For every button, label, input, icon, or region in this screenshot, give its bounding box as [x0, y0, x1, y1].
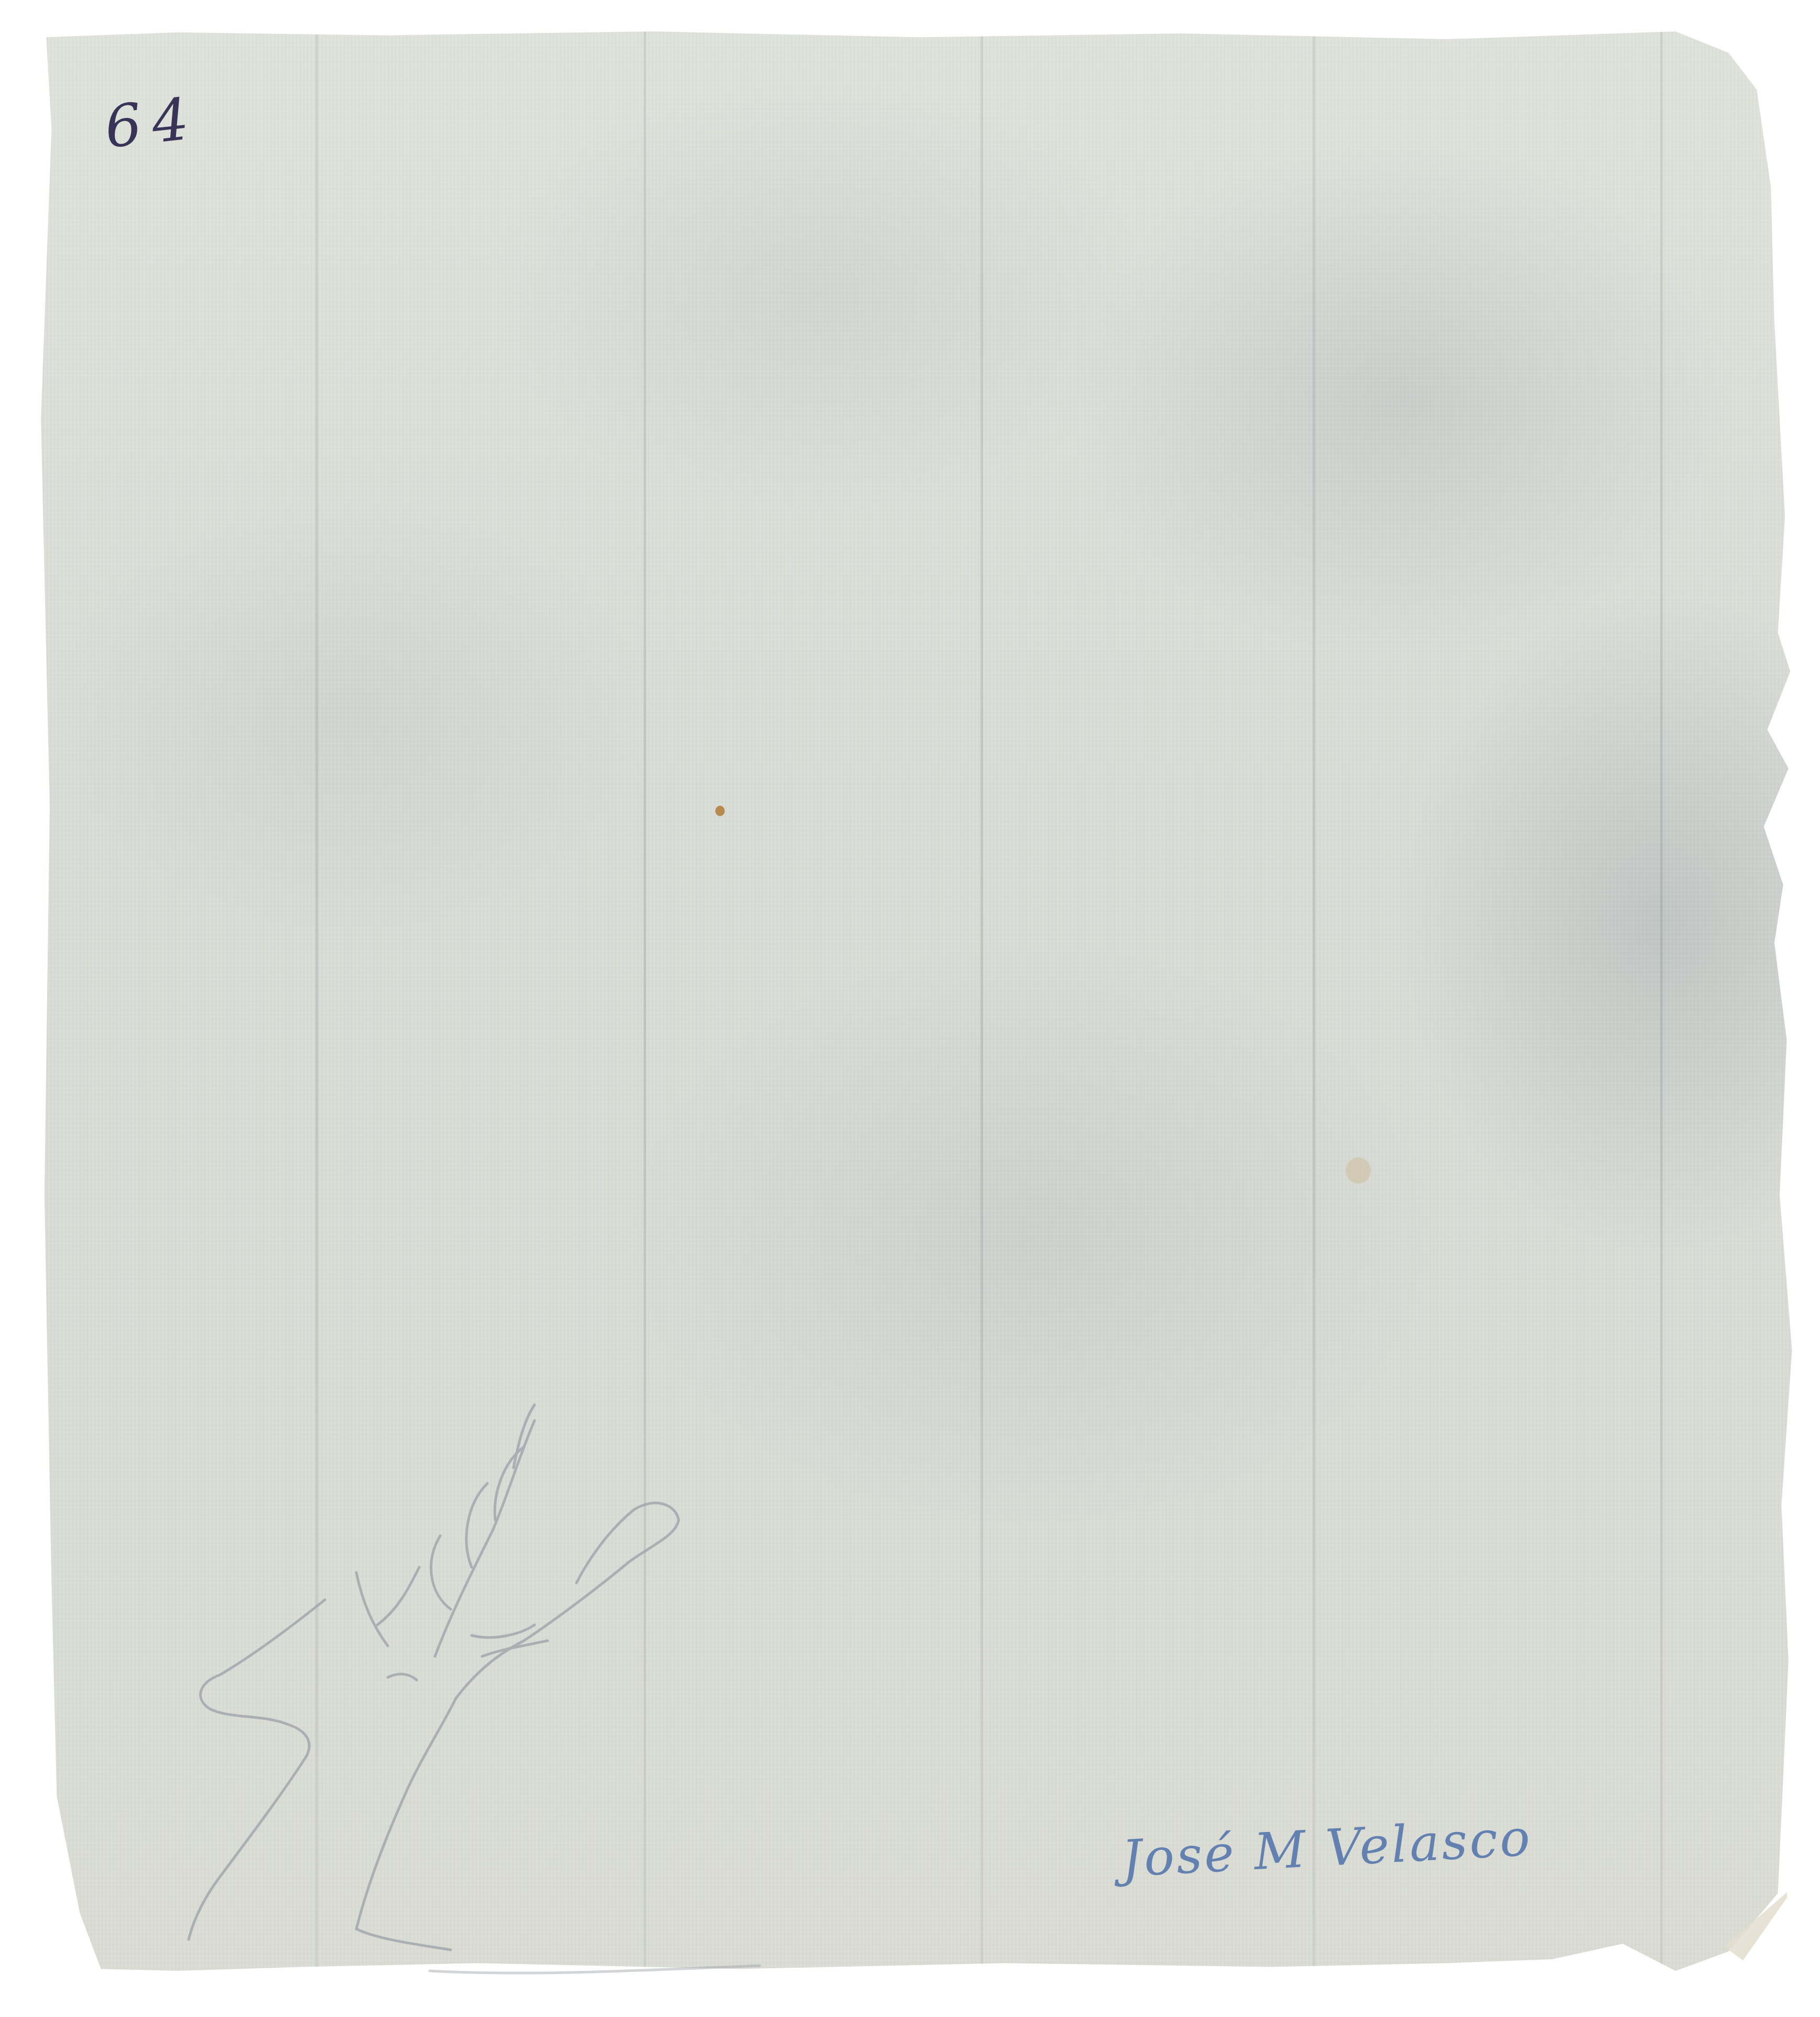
chain-line	[1313, 31, 1315, 1971]
deer-sketch-icon	[157, 1363, 786, 1992]
folio-number: 64	[102, 84, 202, 161]
chain-line	[1660, 31, 1663, 1971]
foxing-spot	[715, 806, 725, 816]
foxing-spot	[1346, 1157, 1371, 1184]
chain-line	[980, 31, 983, 1971]
